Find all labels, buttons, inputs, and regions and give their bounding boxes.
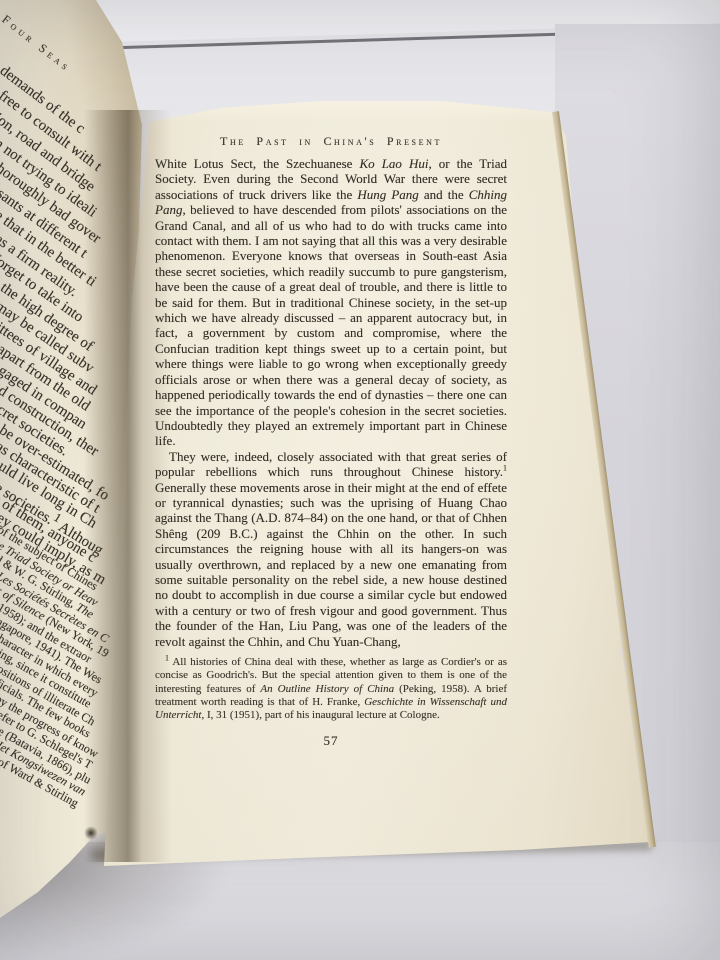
- right-page-text-column: The Past in China's Present White Lotus …: [155, 134, 507, 749]
- paragraph-2: They were, indeed, closely associated wi…: [155, 449, 507, 649]
- book-photo: Four Seas he demands of the cas free to …: [0, 0, 720, 960]
- footnote: 1 All histories of China deal with these…: [155, 656, 507, 722]
- page-number: 57: [155, 733, 507, 749]
- book-gutter-notch: [84, 826, 98, 840]
- right-running-head: The Past in China's Present: [155, 134, 507, 149]
- paragraph-1: White Lotus Sect, the Szechuanese Ko Lao…: [155, 156, 507, 449]
